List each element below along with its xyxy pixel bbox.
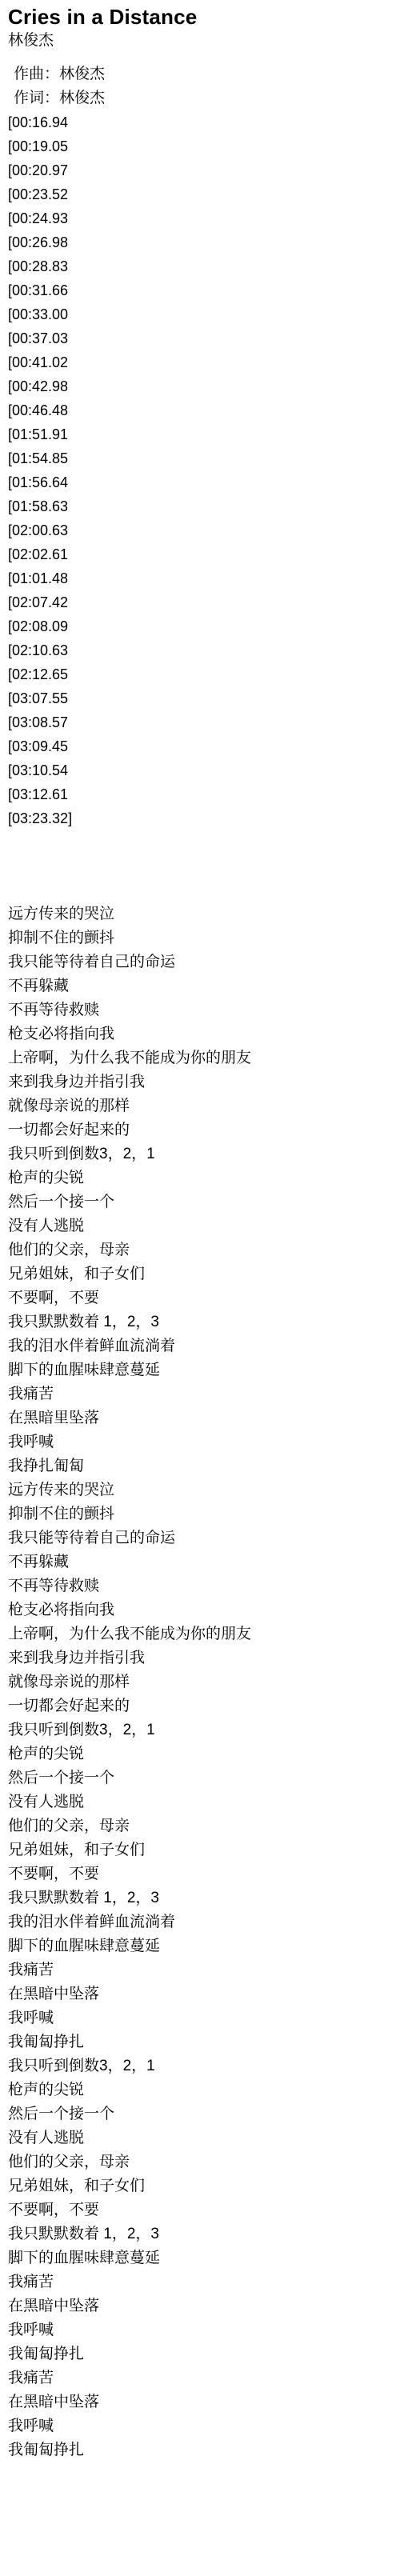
lyric-line: 我挣扎匍匐 <box>8 1454 392 1478</box>
lyric-line: 在黑暗里坠落 <box>8 1406 392 1430</box>
timestamp-line: [01:01.48 <box>8 566 392 590</box>
lyric-line: 不再等待救赎 <box>8 998 392 1022</box>
timestamp-line: [02:07.42 <box>8 590 392 614</box>
lyric-line: 一切都会好起来的 <box>8 1118 392 1142</box>
timestamp-line: [03:23.32] <box>8 806 392 830</box>
lyric-line: 在黑暗中坠落 <box>8 2390 392 2414</box>
timestamp-line: [03:10.54 <box>8 758 392 782</box>
lyric-line: 兄弟姐妹，和子女们 <box>8 2174 392 2198</box>
lyric-line: 我痛苦 <box>8 2270 392 2294</box>
credits-block: 作曲：林俊杰作词：林俊杰 <box>8 62 392 110</box>
lyric-line: 我只默默数着 1，2，3 <box>8 1886 392 1910</box>
lyric-line: 我只能等待着自己的命运 <box>8 950 392 974</box>
timestamp-line: [00:46.48 <box>8 398 392 422</box>
lyric-line: 他们的父亲，母亲 <box>8 2150 392 2174</box>
lyric-line: 不再等待救赎 <box>8 1574 392 1598</box>
timestamp-line: [03:07.55 <box>8 686 392 710</box>
lyric-line: 抑制不住的颤抖 <box>8 926 392 950</box>
lyric-line: 我匍匐挣扎 <box>8 2438 392 2462</box>
lyric-line: 然后一个接一个 <box>8 2102 392 2126</box>
lyrics-block: 远方传来的哭泣抑制不住的颤抖我只能等待着自己的命运不再躲藏不再等待救赎枪支必将指… <box>8 902 392 2462</box>
timestamp-line: [00:31.66 <box>8 278 392 302</box>
timestamp-line: [00:16.94 <box>8 110 392 134</box>
credit-line: 作词：林俊杰 <box>14 86 392 110</box>
lyric-line: 他们的父亲，母亲 <box>8 1238 392 1262</box>
lyric-line: 一切都会好起来的 <box>8 1694 392 1718</box>
lyric-line: 就像母亲说的那样 <box>8 1670 392 1694</box>
timestamp-line: [03:08.57 <box>8 710 392 734</box>
timestamp-line: [03:09.45 <box>8 734 392 758</box>
lyric-line: 不要啊，不要 <box>8 2198 392 2222</box>
lyric-line: 我痛苦 <box>8 1958 392 1982</box>
lyric-line: 我匍匐挣扎 <box>8 2342 392 2366</box>
lyric-line: 抑制不住的颤抖 <box>8 1502 392 1526</box>
timestamp-line: [00:26.98 <box>8 230 392 254</box>
timestamp-line: [00:42.98 <box>8 374 392 398</box>
lyric-line: 然后一个接一个 <box>8 1766 392 1790</box>
lyric-line: 不要啊，不要 <box>8 1862 392 1886</box>
lyric-line: 枪声的尖锐 <box>8 1166 392 1190</box>
lyric-line: 枪声的尖锐 <box>8 1742 392 1766</box>
lyric-line: 上帝啊，为什么我不能成为你的朋友 <box>8 1622 392 1646</box>
timestamp-line: [00:41.02 <box>8 350 392 374</box>
lyric-line: 在黑暗中坠落 <box>8 1982 392 2006</box>
timestamp-line: [00:24.93 <box>8 206 392 230</box>
timestamp-line: [03:12.61 <box>8 782 392 806</box>
timestamp-line: [01:54.85 <box>8 446 392 470</box>
lyric-line: 我呼喊 <box>8 2414 392 2438</box>
lyric-line: 我只默默数着 1，2，3 <box>8 1310 392 1334</box>
lyric-line: 我的泪水伴着鲜血流淌着 <box>8 1910 392 1934</box>
song-title: Cries in a Distance <box>8 5 392 29</box>
lyric-line: 脚下的血腥味肆意蔓延 <box>8 1934 392 1958</box>
timestamp-line: [02:08.09 <box>8 614 392 638</box>
lyrics-page: Cries in a Distance 林俊杰 作曲：林俊杰作词：林俊杰 [00… <box>0 0 400 2576</box>
timestamp-line: [02:12.65 <box>8 662 392 686</box>
credit-line: 作曲：林俊杰 <box>14 62 392 86</box>
lyric-line: 枪支必将指向我 <box>8 1598 392 1622</box>
lyric-line: 上帝啊，为什么我不能成为你的朋友 <box>8 1046 392 1070</box>
lyric-line: 兄弟姐妹，和子女们 <box>8 1262 392 1286</box>
lyric-line: 枪支必将指向我 <box>8 1022 392 1046</box>
lyric-line: 然后一个接一个 <box>8 1190 392 1214</box>
lyric-line: 我痛苦 <box>8 2366 392 2390</box>
lyric-line: 来到我身边并指引我 <box>8 1646 392 1670</box>
lyric-line: 不要啊，不要 <box>8 1286 392 1310</box>
timestamp-line: [00:37.03 <box>8 326 392 350</box>
lyric-line: 我呼喊 <box>8 1430 392 1454</box>
lyric-line: 来到我身边并指引我 <box>8 1070 392 1094</box>
lyric-line: 我呼喊 <box>8 2006 392 2030</box>
lyric-line: 没有人逃脱 <box>8 1790 392 1814</box>
lyric-line: 他们的父亲，母亲 <box>8 1814 392 1838</box>
lyric-line: 我呼喊 <box>8 2318 392 2342</box>
lyric-line: 我匍匐挣扎 <box>8 2030 392 2054</box>
timestamp-line: [02:00.63 <box>8 518 392 542</box>
timestamp-line: [02:10.63 <box>8 638 392 662</box>
lyric-line: 远方传来的哭泣 <box>8 902 392 926</box>
lyric-line: 不再躲藏 <box>8 1550 392 1574</box>
lyric-line: 脚下的血腥味肆意蔓延 <box>8 1358 392 1382</box>
timestamp-line: [01:58.63 <box>8 494 392 518</box>
timestamp-line: [00:19.05 <box>8 134 392 158</box>
timestamp-line: [00:33.00 <box>8 302 392 326</box>
lyric-line: 我只默默数着 1，2，3 <box>8 2222 392 2246</box>
lyric-line: 我的泪水伴着鲜血流淌着 <box>8 1334 392 1358</box>
timestamp-line: [01:56.64 <box>8 470 392 494</box>
timestamp-line: [00:28.83 <box>8 254 392 278</box>
lyric-line: 在黑暗中坠落 <box>8 2294 392 2318</box>
lyric-line: 脚下的血腥味肆意蔓延 <box>8 2246 392 2270</box>
lyric-line: 我只听到倒数3，2，1 <box>8 1718 392 1742</box>
lyric-line: 我痛苦 <box>8 1382 392 1406</box>
timestamp-line: [00:20.97 <box>8 158 392 182</box>
lyric-line: 没有人逃脱 <box>8 2126 392 2150</box>
lyric-line: 兄弟姐妹，和子女们 <box>8 1838 392 1862</box>
lyric-line: 我只听到倒数3，2，1 <box>8 2054 392 2078</box>
timestamp-line: [01:51.91 <box>8 422 392 446</box>
lyric-line: 就像母亲说的那样 <box>8 1094 392 1118</box>
lyric-line: 远方传来的哭泣 <box>8 1478 392 1502</box>
timestamp-line: [02:02.61 <box>8 542 392 566</box>
timestamp-line: [00:23.52 <box>8 182 392 206</box>
lyric-line: 枪声的尖锐 <box>8 2078 392 2102</box>
lyric-line: 不再躲藏 <box>8 974 392 998</box>
timestamps-block: [00:16.94[00:19.05[00:20.97[00:23.52[00:… <box>8 110 392 830</box>
lyric-line: 没有人逃脱 <box>8 1214 392 1238</box>
lyric-line: 我只能等待着自己的命运 <box>8 1526 392 1550</box>
lyric-line: 我只听到倒数3，2，1 <box>8 1142 392 1166</box>
artist-name: 林俊杰 <box>8 29 392 53</box>
